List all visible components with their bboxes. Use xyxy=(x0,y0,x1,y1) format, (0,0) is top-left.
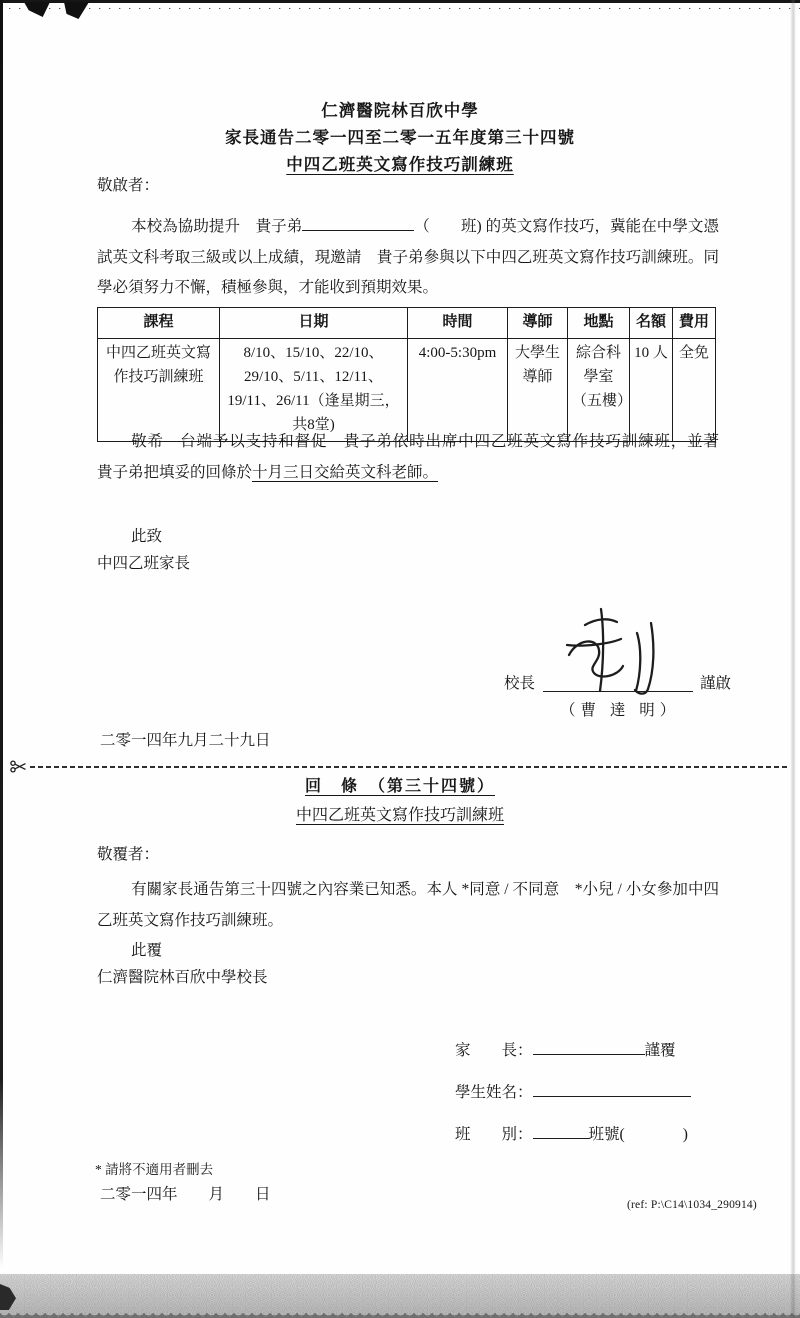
scan-bottom-edge xyxy=(0,1311,800,1318)
student-name-field-blank xyxy=(533,1081,691,1098)
intro-text-before-blank: 本校為協助提升 貴子弟 xyxy=(131,218,302,235)
school-name: 仁濟醫院林百欣中學 xyxy=(0,97,800,124)
delete-inapplicable-footnote: * 請將不適用者刪去 xyxy=(95,1158,213,1178)
principal-name: （曹 達 明） xyxy=(560,698,680,720)
col-header-date: 日期 xyxy=(220,308,408,339)
principal-label: 校長 xyxy=(504,671,535,693)
student-field-label: 學生姓名： xyxy=(455,1080,533,1102)
scan-artifact-blob xyxy=(64,2,89,19)
student-field-row: 學生姓名： xyxy=(455,1080,691,1102)
course-table: 課程 日期 時間 導師 地點 名額 費用 中四乙班英文寫作技巧訓練班 8/10、… xyxy=(97,307,716,442)
file-reference: (ref: P:\C14\1034_290914) xyxy=(627,1199,757,1211)
reply-closing-salute: 此覆 xyxy=(131,938,162,960)
reply-date-line: 二零一四年 月 日 xyxy=(100,1182,271,1204)
scan-artifact-blob xyxy=(24,2,50,17)
parent-signature-blank xyxy=(533,1039,645,1056)
letterhead: 仁濟醫院林百欣中學 家長通告二零一四至二零一五年度第三十四號 中四乙班英文寫作技… xyxy=(0,97,800,178)
notice-number-line: 家長通告二零一四至二零一五年度第三十四號 xyxy=(0,124,800,151)
class-blank xyxy=(533,1123,589,1140)
parent-field-suffix: 謹覆 xyxy=(645,1038,676,1060)
parent-field-row: 家 長： 謹覆 xyxy=(455,1038,676,1060)
col-header-venue: 地點 xyxy=(568,308,630,339)
dashed-rule xyxy=(30,766,790,768)
col-header-quota: 名額 xyxy=(630,308,673,339)
col-header-time: 時間 xyxy=(408,308,508,339)
parent-field-label: 家 長： xyxy=(455,1038,533,1060)
class-field-row: 班 別： 班號( ) xyxy=(455,1122,688,1144)
reply-closing-addressee: 仁濟醫院林百欣中學校長 xyxy=(97,965,268,987)
col-header-tutor: 導師 xyxy=(508,308,568,339)
intro-paragraph: 本校為協助提升 貴子弟（ 班) 的英文寫作技巧，冀能在中學文憑試英文科考取三級或… xyxy=(97,212,719,304)
col-header-course: 課程 xyxy=(98,308,220,339)
reply-salutation: 敬覆者： xyxy=(97,842,159,864)
respectfully-label: 謹啟 xyxy=(700,671,731,693)
reply-slip-title: 回 條 （第三十四號） 中四乙班英文寫作技巧訓練班 xyxy=(0,772,800,830)
salutation: 敬啟者： xyxy=(97,173,159,195)
deadline-underlined: 十月三日交給英文科老師。 xyxy=(252,464,438,481)
closing-addressee: 中四乙班家長 xyxy=(97,551,190,573)
col-header-fee: 費用 xyxy=(673,308,716,339)
table-header-row: 課程 日期 時間 導師 地點 名額 費用 xyxy=(98,308,716,339)
class-field-label: 班 別： xyxy=(455,1122,533,1144)
request-paragraph: 敬希 台端予以支持和督促 貴子弟依時出席中四乙班英文寫作技巧訓練班，並著 貴子弟… xyxy=(97,427,719,488)
reply-body: 有關家長通告第三十四號之內容業已知悉。本人 *同意 / 不同意 *小兒 / 小女… xyxy=(97,875,719,936)
issue-date: 二零一四年九月二十九日 xyxy=(100,728,271,750)
class-number-label: 班號( xyxy=(589,1122,625,1144)
scan-left-edge xyxy=(0,0,3,1268)
class-number-close: ) xyxy=(683,1126,688,1144)
reply-title-line2: 中四乙班英文寫作技巧訓練班 xyxy=(0,801,800,830)
scan-top-edge xyxy=(0,0,800,9)
scanned-notice-page: 仁濟醫院林百欣中學 家長通告二零一四至二零一五年度第三十四號 中四乙班英文寫作技… xyxy=(0,0,800,1318)
scan-right-edge xyxy=(790,0,796,1318)
principal-signature xyxy=(549,605,683,697)
reply-title-line1: 回 條 （第三十四號） xyxy=(0,772,800,801)
closing-salute: 此致 xyxy=(131,524,162,546)
student-name-blank xyxy=(302,215,414,232)
